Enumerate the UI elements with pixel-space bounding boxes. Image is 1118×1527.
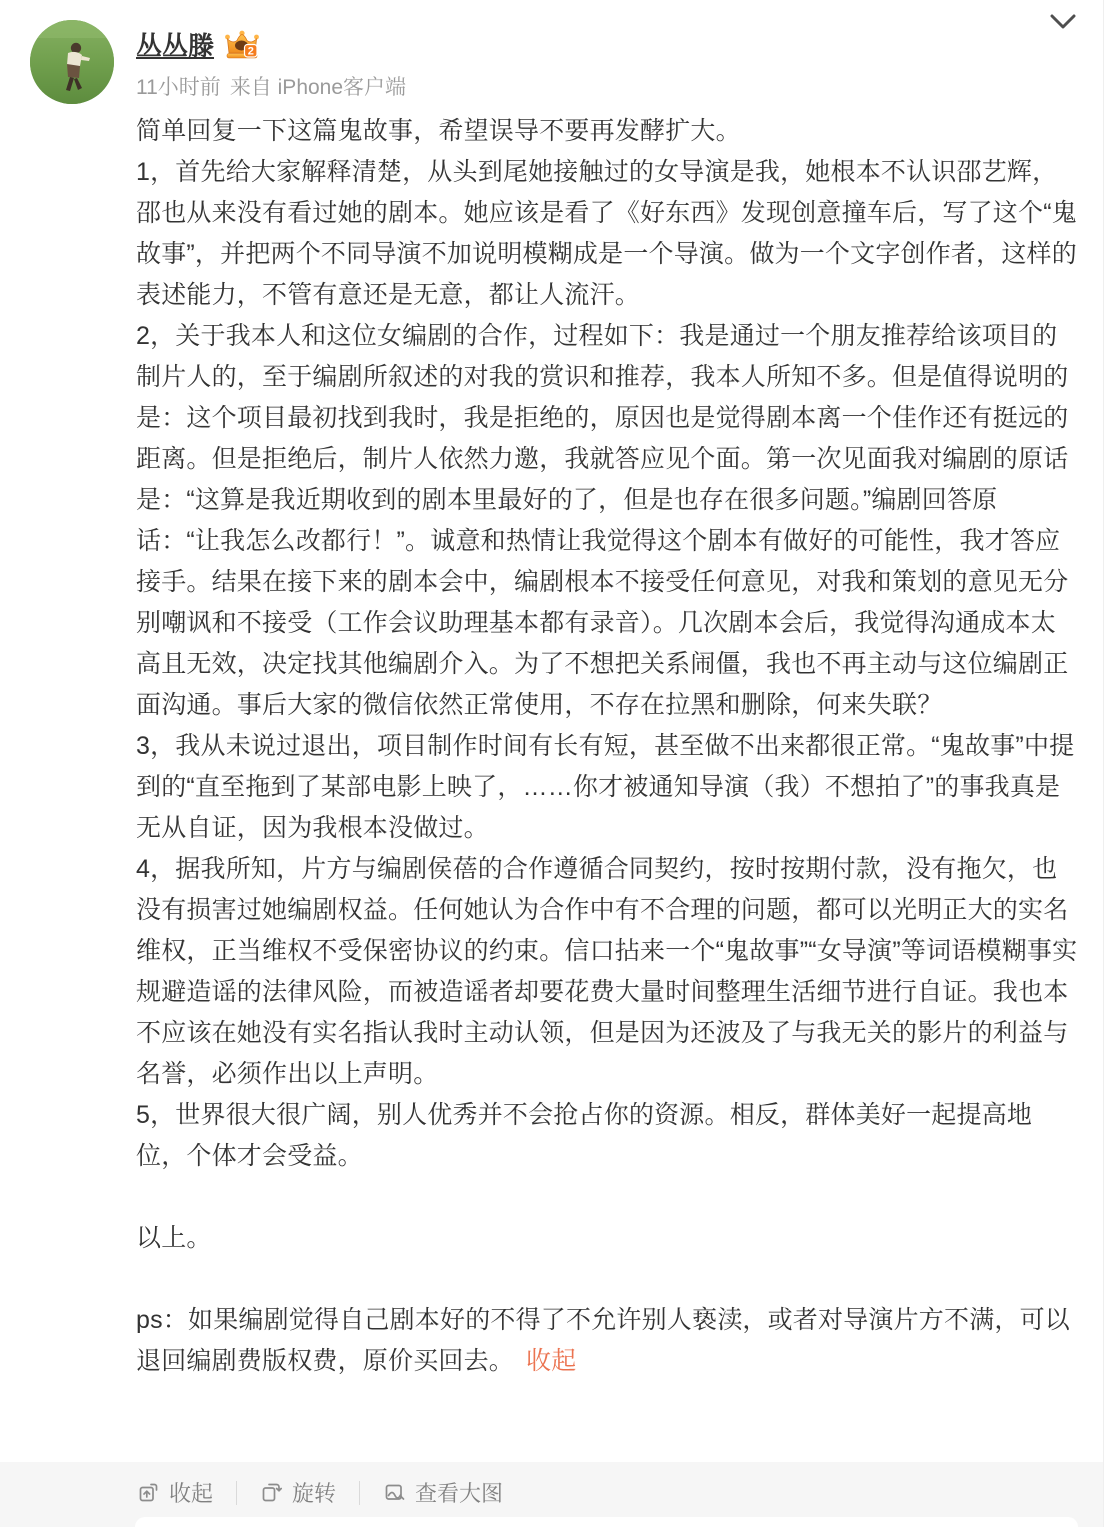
post-content: 简单回复一下这篇鬼故事，希望误导不要再发酵扩大。 1，首先给大家解释清楚，从头到… [0, 104, 1103, 1462]
post-paragraph: 简单回复一下这篇鬼故事，希望误导不要再发酵扩大。 [136, 111, 1079, 152]
post-source[interactable]: 来自 iPhone客户端 [230, 71, 406, 101]
view-large-image-button[interactable]: 查看大图 [383, 1477, 503, 1508]
rotate-image-icon [260, 1481, 283, 1504]
avatar-image [30, 20, 114, 104]
post-paragraph: 2，关于我本人和这位女编剧的合作，过程如下：我是通过一个朋友推荐给该项目的制片人… [136, 316, 1079, 726]
rotate-image-label: 旋转 [292, 1477, 336, 1508]
view-large-image-label: 查看大图 [415, 1477, 503, 1508]
post-paragraph: 4，据我所知，片方与编剧侯蓓的合作遵循合同契约，按时按期付款，没有拖欠，也没有损… [136, 849, 1079, 1095]
post-time[interactable]: 11小时前 [136, 71, 221, 101]
vip-crown-icon: 2 [224, 30, 261, 61]
post-meta: 11小时前 来自 iPhone客户端 [136, 71, 406, 101]
post-paragraph-ps: ps：如果编剧觉得自己剧本好的不得了不允许别人亵渎，或者对导演片方不满，可以退回… [136, 1300, 1079, 1382]
post-paragraph: 5，世界很大很广阔，别人优秀并不会抢占你的资源。相反，群体美好一起提高地位，个体… [136, 1095, 1079, 1177]
post-paragraph: 3，我从未说过退出，项目制作时间有长有短，甚至做不出来都很正常。“鬼故事”中提到… [136, 726, 1079, 849]
avatar[interactable] [30, 20, 114, 104]
toolbar-divider [236, 1481, 237, 1505]
toolbar-divider [359, 1481, 360, 1505]
chevron-down-icon[interactable] [1049, 14, 1077, 30]
collapse-post-link[interactable]: 收起 [526, 1347, 576, 1375]
post-paragraph-spacer [136, 1259, 1079, 1300]
view-large-image-icon [383, 1481, 406, 1504]
header-text: 丛丛滕 [136, 20, 406, 104]
svg-text:2: 2 [248, 46, 254, 58]
username-link[interactable]: 丛丛滕 [136, 31, 214, 61]
collapse-image-icon [137, 1481, 160, 1504]
collapse-image-button[interactable]: 收起 [137, 1477, 213, 1508]
collapse-image-label: 收起 [169, 1477, 213, 1508]
rotate-image-button[interactable]: 旋转 [260, 1477, 336, 1508]
weibo-post-card: 丛丛滕 [0, 0, 1104, 1527]
comment-panel [135, 1517, 1078, 1527]
ps-text: ps：如果编剧觉得自己剧本好的不得了不允许别人亵渎，或者对导演片方不满，可以退回… [136, 1306, 1070, 1375]
post-header: 丛丛滕 [0, 0, 1103, 104]
post-paragraph-spacer [136, 1177, 1079, 1218]
post-paragraph: 1，首先给大家解释清楚，从头到尾她接触过的女导演是我，她根本不认识邵艺辉，邵也从… [136, 152, 1079, 316]
image-toolbar: 收起 旋转 [0, 1462, 1103, 1527]
post-paragraph: 以上。 [136, 1218, 1079, 1259]
